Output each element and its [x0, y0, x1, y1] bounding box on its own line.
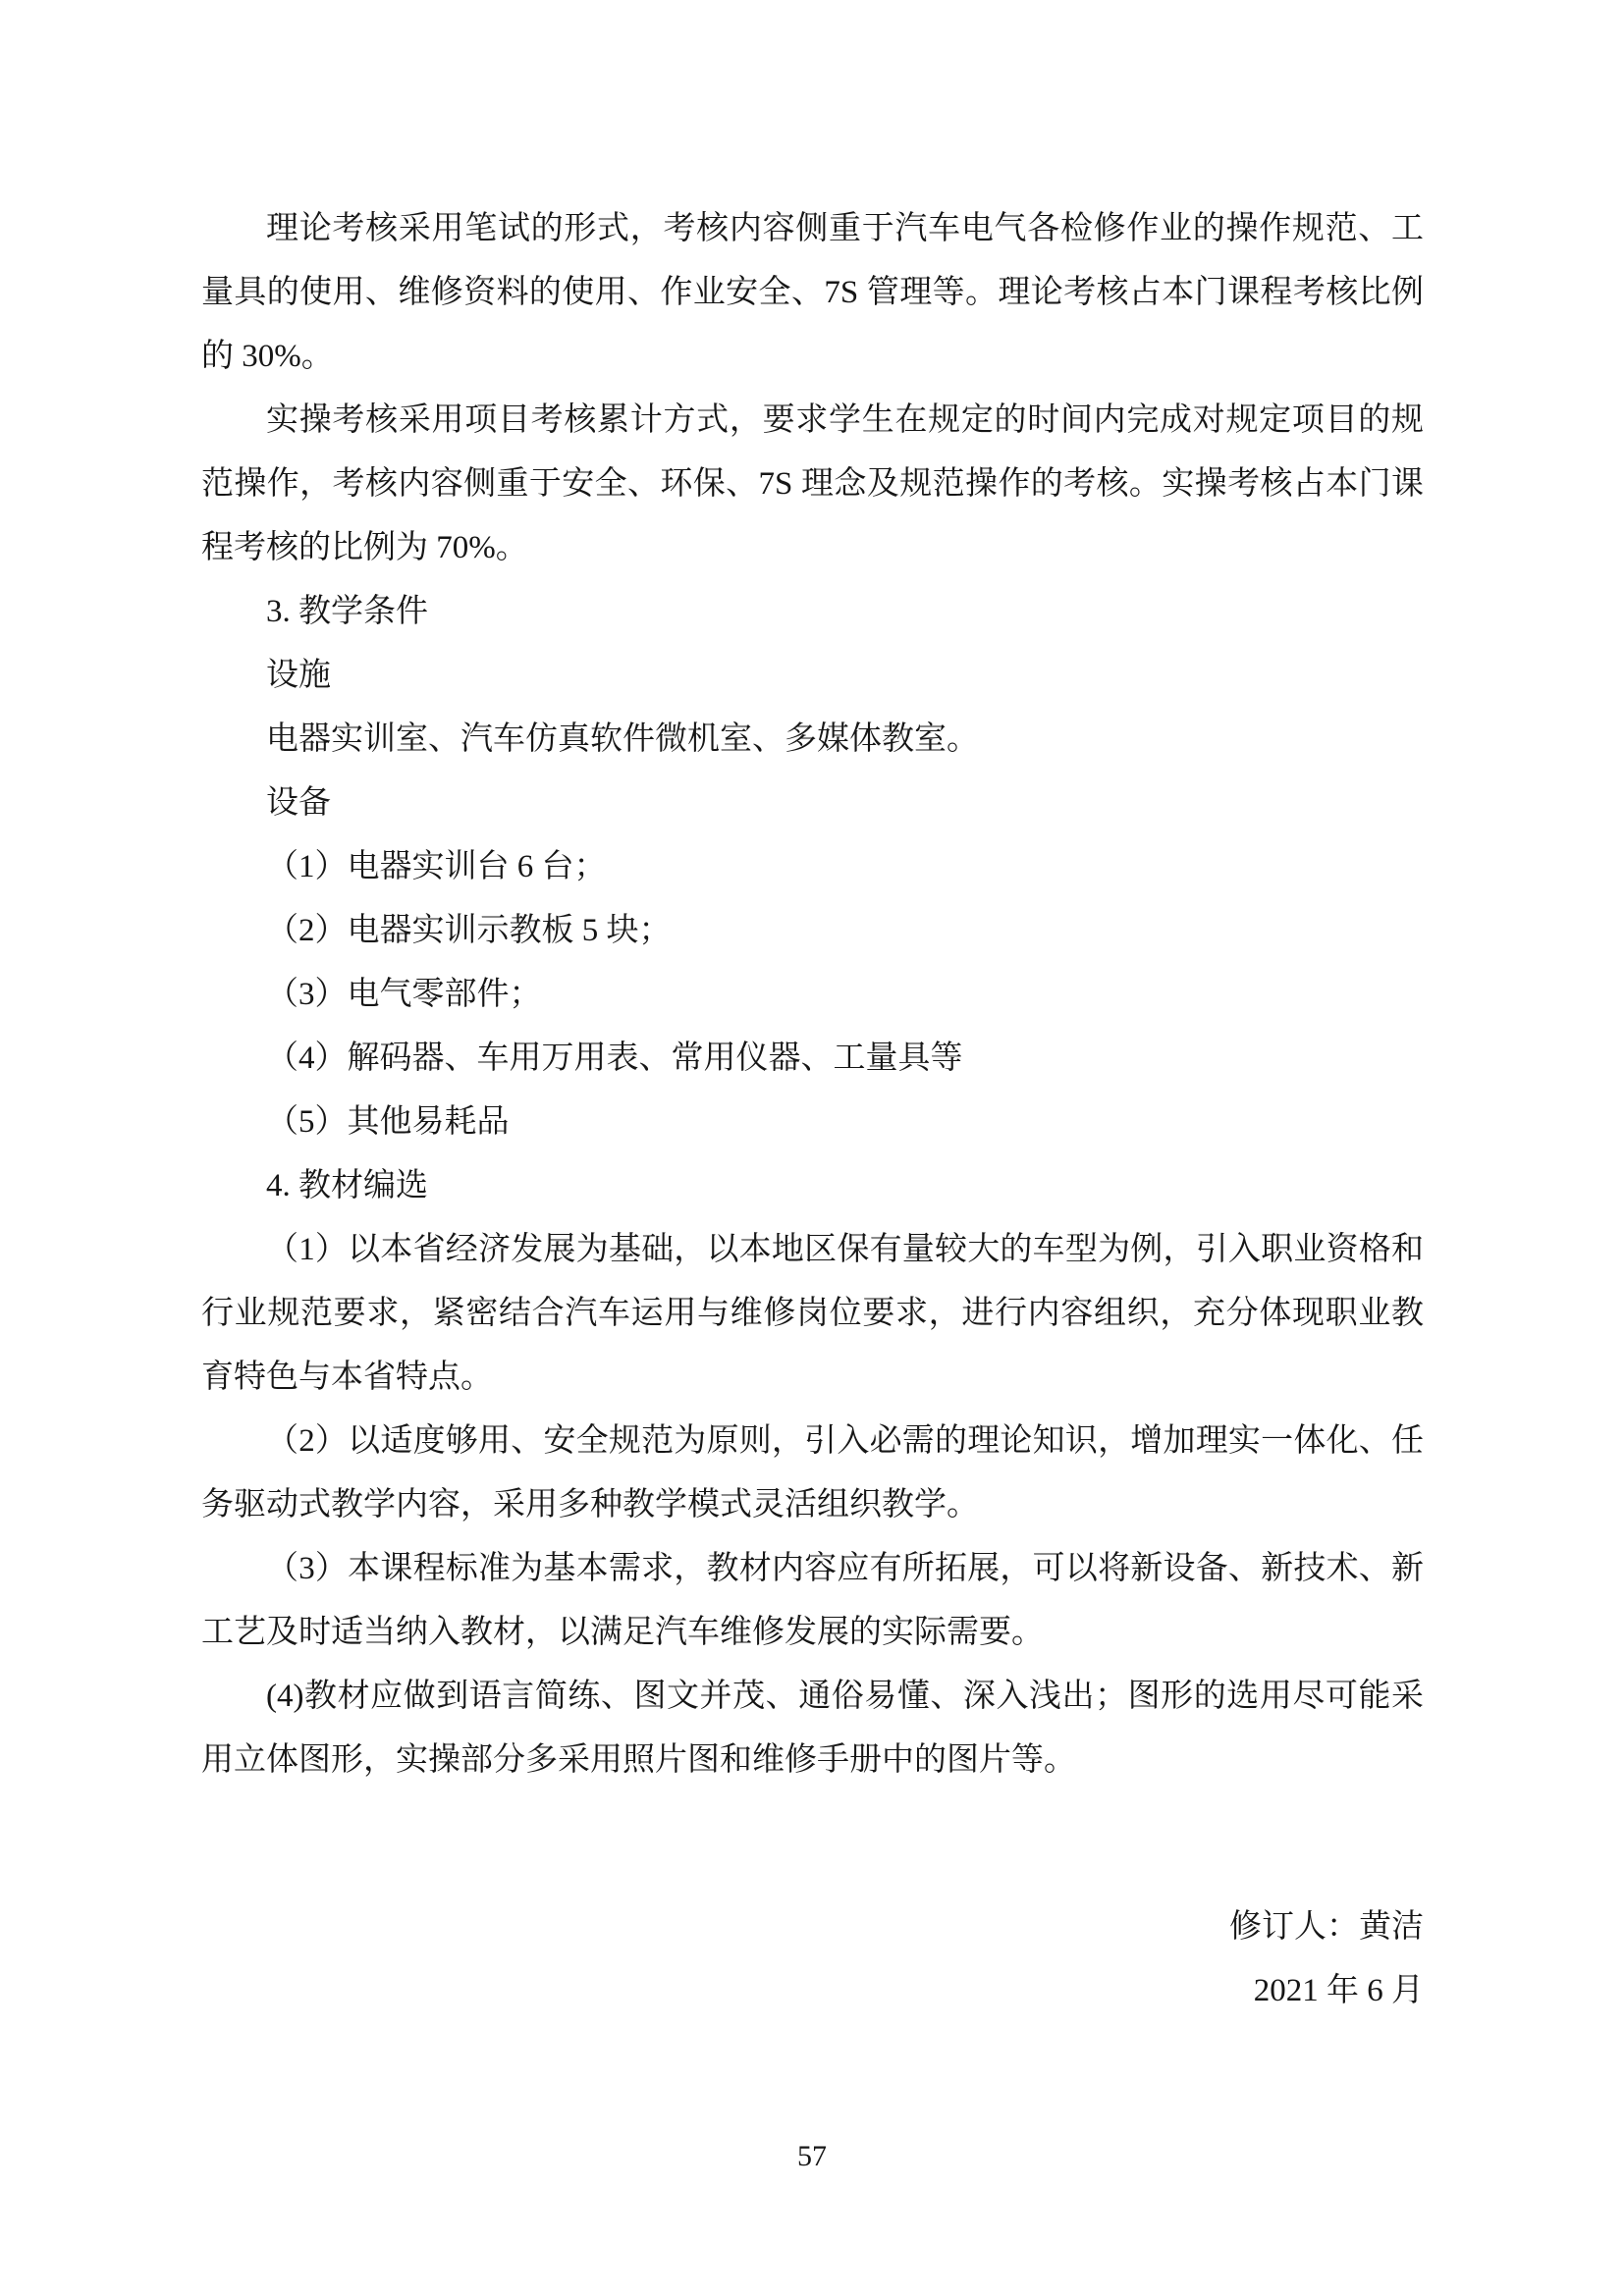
list-item-equipment-4: （4）解码器、车用万用表、常用仪器、工量具等 [201, 1027, 1424, 1091]
list-item-equipment-3: （3）电气零部件； [201, 963, 1424, 1027]
list-item-equipment-2: （2）电器实训示教板 5 块； [201, 899, 1424, 963]
signature-block: 修订人：黄洁 2021 年 6 月 [201, 1896, 1424, 2023]
heading-textbook-selection: 4. 教材编选 [201, 1154, 1424, 1218]
list-item-equipment-5: （5）其他易耗品 [201, 1091, 1424, 1154]
signature-reviser: 修订人：黄洁 [201, 1896, 1424, 1959]
page-number: 57 [0, 2140, 1624, 2173]
paragraph-facilities-list: 电器实训室、汽车仿真软件微机室、多媒体教室。 [201, 708, 1424, 772]
list-item-textbook-4: (4)教材应做到语言简练、图文并茂、通俗易懂、深入浅出；图形的选用尽可能采用立体… [201, 1665, 1424, 1792]
list-item-textbook-2: （2）以适度够用、安全规范为原则，引入必需的理论知识，增加理实一体化、任务驱动式… [201, 1410, 1424, 1537]
document-body: 理论考核采用笔试的形式，考核内容侧重于汽车电气各检修作业的操作规范、工量具的使用… [201, 197, 1424, 2023]
label-facilities: 设施 [201, 644, 1424, 708]
list-item-textbook-3: （3）本课程标准为基本需求，教材内容应有所拓展，可以将新设备、新技术、新工艺及时… [201, 1537, 1424, 1665]
paragraph-practical-assessment: 实操考核采用项目考核累计方式，要求学生在规定的时间内完成对规定项目的规范操作，考… [201, 389, 1424, 580]
heading-teaching-conditions: 3. 教学条件 [201, 580, 1424, 644]
list-item-textbook-1: （1）以本省经济发展为基础，以本地区保有量较大的车型为例，引入职业资格和行业规范… [201, 1218, 1424, 1410]
list-item-equipment-1: （1）电器实训台 6 台； [201, 835, 1424, 899]
document-page: 理论考核采用笔试的形式，考核内容侧重于汽车电气各检修作业的操作规范、工量具的使用… [0, 0, 1624, 2296]
signature-date: 2021 年 6 月 [201, 1959, 1424, 2023]
paragraph-theory-assessment: 理论考核采用笔试的形式，考核内容侧重于汽车电气各检修作业的操作规范、工量具的使用… [201, 197, 1424, 389]
label-equipment: 设备 [201, 772, 1424, 835]
